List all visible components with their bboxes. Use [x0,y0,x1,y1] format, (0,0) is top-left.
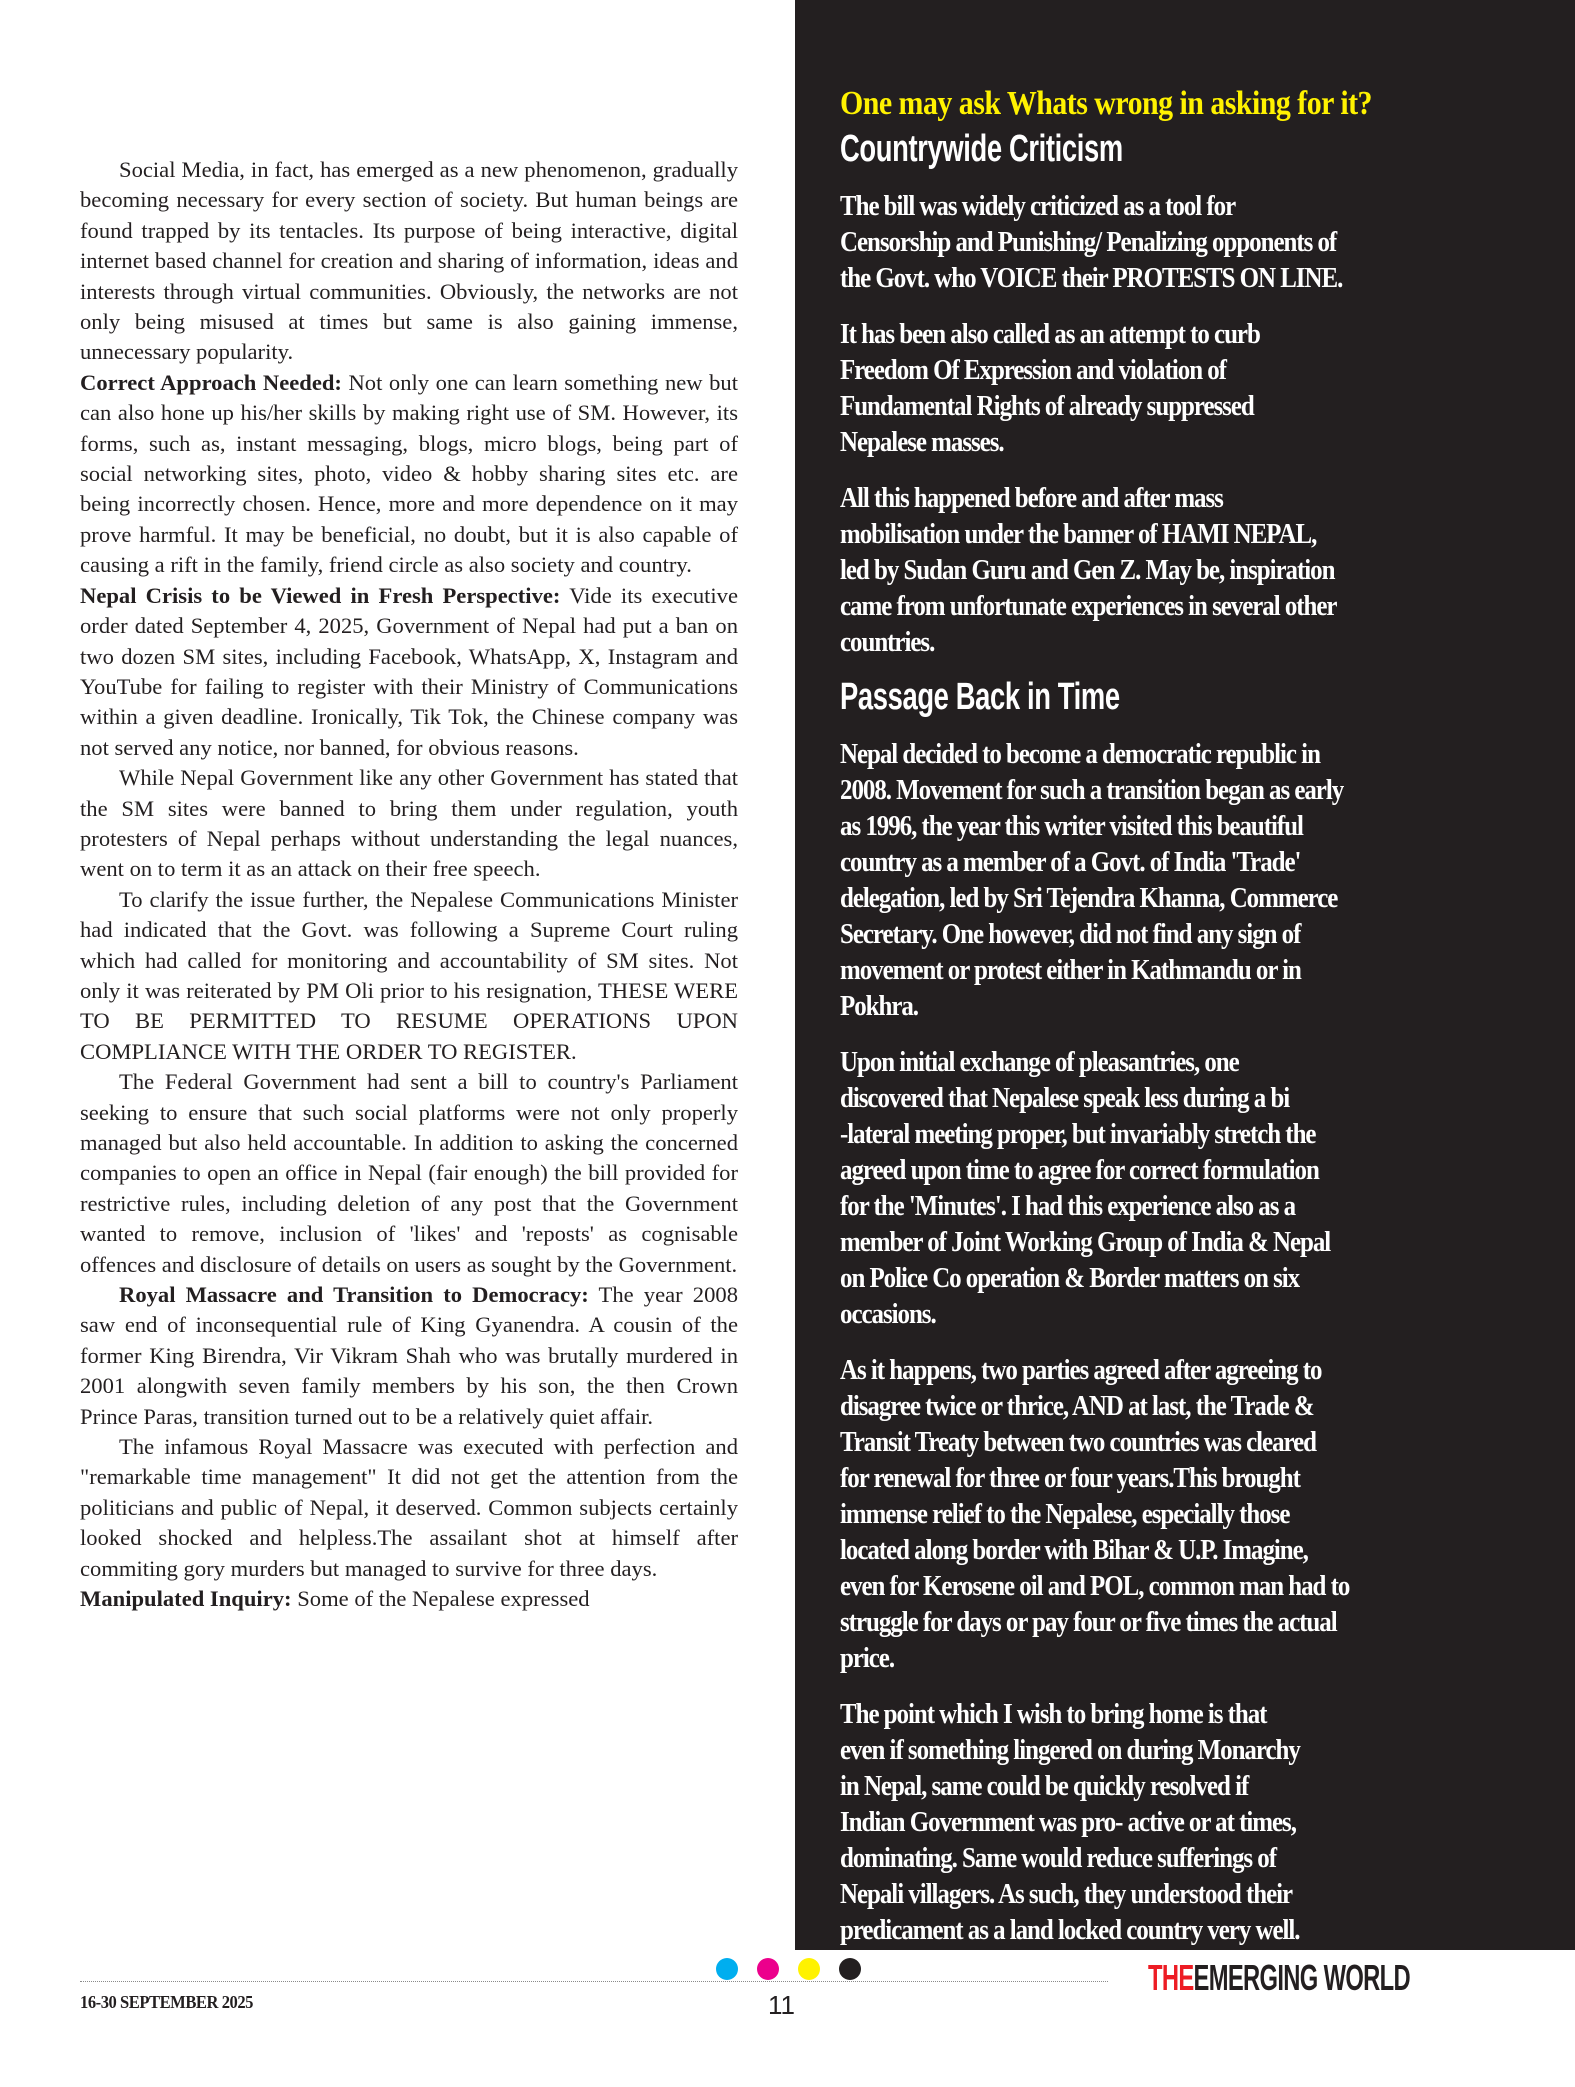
article-paragraph: Correct Approach Needed: Not only one ca… [80,368,738,581]
panel-paragraph: All this happened before and after massm… [840,480,1520,660]
panel-line: countries. [840,624,1425,660]
paragraph-text: Some of the Nepalese expressed [292,1586,590,1611]
panel-line: The bill was widely criticized as a tool… [840,188,1425,224]
panel-line: occasions. [840,1296,1425,1332]
paragraph-text: Social Media, in fact, has emerged as a … [80,157,738,364]
panel-paragraph: It has been also called as an attempt to… [840,316,1520,460]
panel-line: All this happened before and after mass [840,480,1425,516]
panel-line: predicament as a land locked country ver… [840,1912,1425,1948]
paragraph-subheading: Royal Massacre and Transition to Democra… [119,1282,589,1307]
panel-line: -lateral meeting proper, but invariably … [840,1116,1425,1152]
logo-emerging-world: EMERGING WORLD [1194,1957,1410,1998]
panel-line: in Nepal, same could be quickly resolved… [840,1768,1425,1804]
panel-line: member of Joint Working Group of India &… [840,1224,1425,1260]
panel-line: Nepal decided to become a democratic rep… [840,736,1425,772]
panel-line: Freedom Of Expression and violation of [840,352,1425,388]
logo-the: THE [1148,1957,1194,1998]
page-number: 11 [768,1990,795,2021]
panel-line: Nepali villagers. As such, they understo… [840,1876,1425,1912]
sidebar-panel-content: One may ask Whats wrong in asking for it… [840,82,1520,1968]
paragraph-text: To clarify the issue further, the Nepale… [80,887,738,1064]
article-paragraph: To clarify the issue further, the Nepale… [80,885,738,1067]
panel-line: agreed upon time to agree for correct fo… [840,1152,1425,1188]
panel-line: mobilisation under the banner of HAMI NE… [840,516,1425,552]
panel-line: the Govt. who VOICE their PROTESTS ON LI… [840,260,1425,296]
footer-dotted-rule [80,1981,1108,1982]
panel-line: even if something lingered on during Mon… [840,1732,1425,1768]
panel-line: dominating. Same would reduce sufferings… [840,1840,1425,1876]
article-paragraph: Social Media, in fact, has emerged as a … [80,155,738,368]
left-article-column: Social Media, in fact, has emerged as a … [80,155,738,1615]
paragraph-text: Not only one can learn some­thing new bu… [80,370,738,577]
section-countrywide-criticism: The bill was widely criticized as a tool… [840,188,1520,660]
panel-line: located along border with Bihar & U.P. I… [840,1532,1425,1568]
issue-date: 16-30 SEPTEMBER 2025 [80,1992,253,2013]
panel-line: Transit Treaty between two countries was… [840,1424,1425,1460]
panel-line: 2008. Movement for such a transition beg… [840,772,1425,808]
paragraph-subheading: Correct Approach Needed: [80,370,342,395]
panel-line: disagree twice or thrice, AND at last, t… [840,1388,1425,1424]
paragraph-text: Vide its executive order dated September… [80,583,738,760]
panel-line: country as a member of a Govt. of India … [840,844,1425,880]
panel-line: immense relief to the Nepalese, especial… [840,1496,1425,1532]
paragraph-subheading: Manipulated Inquiry: [80,1586,292,1611]
panel-paragraph: Nepal decided to become a democratic rep… [840,736,1520,1024]
black-dot-icon [839,1958,861,1980]
panel-line: Pokhra. [840,988,1425,1024]
panel-line: for renewal for three or four years.This… [840,1460,1425,1496]
panel-line: The point which I wish to bring home is … [840,1696,1425,1732]
panel-line: delegation, led by Sri Tejendra Khanna, … [840,880,1425,916]
sidebar-panel: One may ask Whats wrong in asking for it… [795,0,1575,1950]
panel-line: movement or protest either in Kathmandu … [840,952,1425,988]
panel-paragraph: The bill was widely criticized as a tool… [840,188,1520,296]
panel-question-heading: One may ask Whats wrong in asking for it… [840,82,1438,126]
panel-line: Indian Government was pro- active or at … [840,1804,1425,1840]
panel-line: Fundamental Rights of already suppressed [840,388,1425,424]
panel-paragraph: As it happens, two parties agreed after … [840,1352,1520,1676]
article-paragraph: The infamous Royal Massacre was executed… [80,1432,738,1584]
panel-line: as 1996, the year this writer visited th… [840,808,1425,844]
magenta-dot-icon [757,1958,779,1980]
panel-line: price. [840,1640,1425,1676]
panel-line: led by Sudan Guru and Gen Z. May be, ins… [840,552,1425,588]
panel-line: on Police Co operation & Border matters … [840,1260,1425,1296]
heading-passage-back-in-time: Passage Back in Time [840,674,1330,720]
panel-paragraph: Upon initial exchange of pleasantries, o… [840,1044,1520,1332]
article-paragraph: While Nepal Government like any other Go… [80,763,738,885]
yellow-dot-icon [798,1958,820,1980]
panel-line: It has been also called as an attempt to… [840,316,1425,352]
panel-line: came from unfortunate experiences in sev… [840,588,1425,624]
panel-line: As it happens, two parties agreed after … [840,1352,1425,1388]
section-passage-back-in-time: Nepal decided to become a democratic rep… [840,736,1520,1948]
panel-line: even for Kerosene oil and POL, common ma… [840,1568,1425,1604]
cyan-dot-icon [716,1958,738,1980]
paragraph-text: The infamous Royal Massacre was executed… [80,1434,738,1581]
panel-line: for the 'Minutes'. I had this experience… [840,1188,1425,1224]
panel-line: discovered that Nepalese speak less duri… [840,1080,1425,1116]
panel-line: Secretary. One however, did not find any… [840,916,1425,952]
paragraph-text: While Nepal Government like any other Go… [80,765,738,881]
article-paragraph: Nepal Crisis to be Viewed in Fresh Persp… [80,581,738,763]
panel-line: Nepalese masses. [840,424,1425,460]
paragraph-subheading: Nepal Crisis to be Viewed in Fresh Persp… [80,583,560,608]
panel-line: struggle for days or pay four or five ti… [840,1604,1425,1640]
article-paragraph: Royal Massacre and Transition to Democra… [80,1280,738,1432]
panel-line: Upon initial exchange of pleasantries, o… [840,1044,1425,1080]
article-paragraph: Manipulated Inquiry: Some of the Nepales… [80,1584,738,1614]
panel-line: Censorship and Punishing/ Penalizing opp… [840,224,1425,260]
article-paragraph: The Federal Government had sent a bill t… [80,1067,738,1280]
heading-countrywide-criticism: Countrywide Criticism [840,126,1330,172]
panel-paragraph: The point which I wish to bring home is … [840,1696,1520,1948]
publication-logo: THEEMERGING WORLD [1148,1958,1410,1998]
paragraph-text: The Federal Government had sent a bill t… [80,1069,738,1276]
